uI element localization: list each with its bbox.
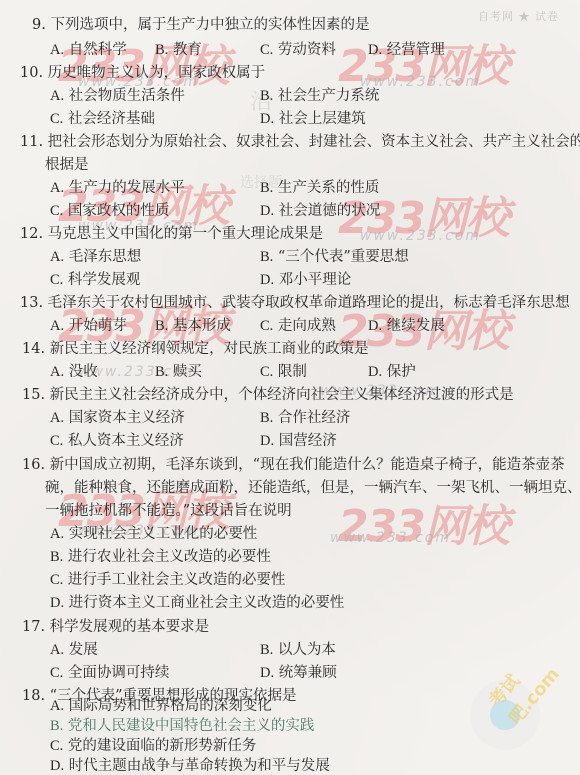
option-text: 国家政权的性质 (68, 203, 170, 219)
question-stem: 17. 科学发展观的基本要求是 (22, 617, 209, 637)
option-letter: B. (155, 42, 168, 58)
option-c: C. 党的建设面临的新形势新任务 (50, 736, 256, 756)
question-stem: 11. 把社会形态划分为原始社会、奴隶社会、封建社会、资本主义社会、共产主义社会… (20, 132, 580, 152)
question-stem: 14. 新民主主义经济纲领规定，对民族工商业的政策是 (22, 339, 369, 359)
option-text: 保护 (387, 364, 416, 380)
option-text: 生产关系的性质 (278, 180, 380, 196)
question-stem-continued: 一辆拖拉机都不能造。”这段话旨在说明 (45, 501, 292, 521)
option-letter: C. (50, 433, 63, 449)
question-text: 下列选项中，属于生产力中独立的实体性因素的是 (50, 17, 369, 33)
option-letter: C. (260, 42, 273, 58)
watermark-logo: 233网校 (338, 490, 508, 554)
option-letter: B. (260, 249, 273, 265)
option-letter: D. (50, 595, 64, 611)
option-text: 走向成熟 (278, 318, 336, 334)
option-b: B. 合作社经济 (260, 408, 350, 428)
option-letter: B. (260, 88, 273, 104)
option-letter: A. (50, 364, 64, 380)
option-letter: C. (260, 364, 273, 380)
question-stem: 10. 历史唯物主义认为，国家政权属于 (20, 63, 265, 83)
option-text: 邓小平理论 (279, 272, 352, 288)
option-letter: D. (260, 665, 274, 681)
question-text: 新中国成立初期，毛泽东谈到，“现在我们能造什么？能造桌子椅子，能造茶壶茶 (50, 457, 565, 473)
question-number: 11. (20, 134, 43, 150)
option-text: 社会经济基础 (68, 111, 155, 127)
option-a: A. 开始萌芽 (50, 316, 127, 336)
question-text: 新民主主义经济纲领规定，对民族工商业的政策是 (50, 341, 369, 357)
option-a: A. 实现社会主义工业化的必要性 (50, 524, 257, 544)
option-a: A. 自然科学 (50, 40, 127, 60)
option-text: 科学发展观 (68, 272, 141, 288)
option-letter: A. (50, 642, 64, 658)
option-c: C. 走向成熟 (260, 316, 336, 336)
option-letter: A. (50, 249, 64, 265)
option-letter: B. (260, 642, 273, 658)
option-letter: C. (50, 572, 63, 588)
option-text: 毛泽东思想 (69, 249, 142, 265)
option-letter: C. (50, 665, 63, 681)
option-b: B. “三个代表”重要思想 (260, 247, 409, 267)
option-d: D. 国营经济 (260, 431, 337, 451)
question-text: 一辆拖拉机都不能造。”这段话旨在说明 (45, 503, 292, 519)
option-c: C. 国家政权的性质 (50, 201, 169, 221)
option-a: A. 国家资本主义经济 (50, 408, 185, 428)
option-d: D. 保护 (368, 362, 416, 382)
option-a: A. 社会物质生活条件 (50, 86, 185, 106)
exam-page: 自考网 ★ 试卷 治 选择题 233网校 233网校 www.233.com w… (0, 0, 580, 775)
question-text: 把社会形态划分为原始社会、奴隶社会、封建社会、资本主义社会、共产主义社会的 (48, 134, 580, 150)
option-text: 基本形成 (173, 318, 231, 334)
question-text: 科学发展观的基本要求是 (50, 619, 210, 635)
option-text: 党和人民建设中国特色社会主义的实践 (68, 718, 315, 734)
option-text: 社会物质生活条件 (69, 88, 185, 104)
option-letter: A. (50, 180, 64, 196)
option-letter: D. (368, 364, 382, 380)
option-letter: A. (50, 318, 64, 334)
question-number: 14. (22, 341, 45, 357)
option-letter: D. (260, 433, 274, 449)
option-b: B. 以人为本 (260, 640, 336, 660)
question-text: 马克思主义中国化的第一个重大理论成果是 (48, 226, 324, 242)
option-d: D. 社会道德的状况 (260, 201, 380, 221)
option-text: 时代主题由战争与革命转换为和平与发展 (69, 758, 330, 774)
question-stem-continued: 碗，能种粮食，还能磨成面粉，还能造纸，但是，一辆汽车、一架飞机、一辆坦克、 (45, 478, 580, 498)
option-letter: B. (50, 549, 63, 565)
question-text: 新民主主义社会经济成分中，个体经济向社会主义集体经济过渡的形式是 (50, 387, 514, 403)
question-number: 12. (20, 226, 43, 242)
option-text: 生产力的发展水平 (69, 180, 185, 196)
option-c: C. 限制 (260, 362, 307, 382)
question-number: 10. (20, 65, 43, 81)
option-text: 实现社会主义工业化的必要性 (69, 526, 258, 542)
watermark-url: www.233.com (360, 228, 481, 244)
option-letter: D. (260, 203, 274, 219)
option-letter: A. (50, 42, 64, 58)
option-d: D. 进行资本主义工商业社会主义改造的必要性 (50, 593, 344, 613)
option-text: 合作社经济 (278, 410, 351, 426)
option-letter: D. (368, 42, 382, 58)
option-d: D. 统筹兼顾 (260, 663, 337, 683)
option-c: C. 社会经济基础 (50, 109, 155, 129)
option-text: 社会上层建筑 (279, 111, 366, 127)
option-a: A. 没收 (50, 362, 98, 382)
option-text: 继续发展 (387, 318, 445, 334)
option-c: C. 劳动资料 (260, 40, 336, 60)
option-letter: B. (260, 410, 273, 426)
option-a: A. 生产力的发展水平 (50, 178, 185, 198)
option-c: C. 科学发展观 (50, 270, 140, 290)
question-stem: 9. 下列选项中，属于生产力中独立的实体性因素的是 (32, 15, 369, 35)
question-stem-continued: 根据是 (45, 155, 89, 175)
option-d: D. 经营管理 (368, 40, 445, 60)
watermark-url: www.233.com (330, 530, 451, 546)
option-text: 全面协调可持续 (68, 665, 170, 681)
option-text: 国家资本主义经济 (69, 410, 185, 426)
option-c: C. 全面协调可持续 (50, 663, 169, 683)
option-letter: A. (50, 410, 64, 426)
option-b: B. 进行农业社会主义改造的必要性 (50, 547, 271, 567)
option-text: 赎买 (173, 364, 202, 380)
question-text: 历史唯物主义认为，国家政权属于 (48, 65, 266, 81)
option-b: B. 赎买 (155, 362, 202, 382)
option-text: 发展 (69, 642, 98, 658)
question-stem: 12. 马克思主义中国化的第一个重大理论成果是 (20, 224, 323, 244)
option-letter: C. (50, 272, 63, 288)
option-text: 国际局势和世界格局的深刻变化 (69, 698, 272, 714)
option-letter: D. (50, 758, 64, 774)
option-letter: A. (50, 88, 64, 104)
option-b: B. 教育 (155, 40, 202, 60)
option-text: 劳动资料 (278, 42, 336, 58)
option-a: A. 发展 (50, 640, 98, 660)
question-number: 18. (22, 688, 45, 704)
option-letter: B. (260, 180, 273, 196)
option-text: 国营经济 (279, 433, 337, 449)
option-text: 经营管理 (387, 42, 445, 58)
option-c: C. 进行手工业社会主义改造的必要性 (50, 570, 285, 590)
option-text: 以人为本 (278, 642, 336, 658)
question-text: 根据是 (45, 157, 89, 173)
option-d: D. 继续发展 (368, 316, 445, 336)
option-d: D. 时代主题由战争与革命转换为和平与发展 (50, 756, 330, 775)
option-letter: B. (155, 318, 168, 334)
question-stem: 13. 毛泽东关于农村包围城市、武装夺取政权革命道路理论的提出，标志着毛泽东思想 (20, 293, 570, 313)
option-b: B. 基本形成 (155, 316, 231, 336)
option-text: 没收 (69, 364, 98, 380)
option-c: C. 私人资本主义经济 (50, 431, 184, 451)
option-text: 私人资本主义经济 (68, 433, 184, 449)
question-number: 9. (32, 17, 46, 33)
option-letter: C. (50, 738, 63, 754)
option-letter: B. (155, 364, 168, 380)
option-text: 自然科学 (69, 42, 127, 58)
option-text: 限制 (278, 364, 307, 380)
option-text: 统筹兼顾 (279, 665, 337, 681)
option-d: D. 社会上层建筑 (260, 109, 366, 129)
question-number: 13. (20, 295, 43, 311)
option-text: 社会生产力系统 (278, 88, 380, 104)
question-stem: 16. 新中国成立初期，毛泽东谈到，“现在我们能造什么？能造桌子椅子，能造茶壶茶 (22, 455, 565, 475)
option-letter: C. (50, 203, 63, 219)
question-number: 15. (22, 387, 45, 403)
question-text: 碗，能种粮食，还能磨成面粉，还能造纸，但是，一辆汽车、一架飞机、一辆坦克、 (45, 480, 580, 496)
option-letter: D. (368, 318, 382, 334)
question-text: 毛泽东关于农村包围城市、武装夺取政权革命道路理论的提出，标志着毛泽东思想 (48, 295, 570, 311)
option-letter: A. (50, 526, 64, 542)
option-d: D. 邓小平理论 (260, 270, 351, 290)
option-text: 进行农业社会主义改造的必要性 (68, 549, 271, 565)
option-b: B. 党和人民建设中国特色社会主义的实践 (50, 716, 314, 736)
option-letter: C. (50, 111, 63, 127)
option-letter: A. (50, 698, 64, 714)
option-text: 进行资本主义工商业社会主义改造的必要性 (69, 595, 345, 611)
option-a: A. 国际局势和世界格局的深刻变化 (50, 696, 272, 716)
option-a: A. 毛泽东思想 (50, 247, 141, 267)
option-text: 社会道德的状况 (279, 203, 381, 219)
option-letter: D. (260, 111, 274, 127)
question-number: 17. (22, 619, 45, 635)
option-text: 进行手工业社会主义改造的必要性 (68, 572, 286, 588)
header-ghost-text: 自考网 ★ 试卷 (478, 8, 559, 24)
question-stem: 15. 新民主主义社会经济成分中，个体经济向社会主义集体经济过渡的形式是 (22, 385, 514, 405)
option-text: “三个代表”重要思想 (278, 249, 409, 265)
question-number: 16. (22, 457, 45, 473)
option-b: B. 社会生产力系统 (260, 86, 379, 106)
option-letter: D. (260, 272, 274, 288)
option-b: B. 生产关系的性质 (260, 178, 379, 198)
option-letter: C. (260, 318, 273, 334)
option-text: 教育 (173, 42, 202, 58)
option-text: 党的建设面临的新形势新任务 (68, 738, 257, 754)
option-letter: B. (50, 718, 63, 734)
option-text: 开始萌芽 (69, 318, 127, 334)
